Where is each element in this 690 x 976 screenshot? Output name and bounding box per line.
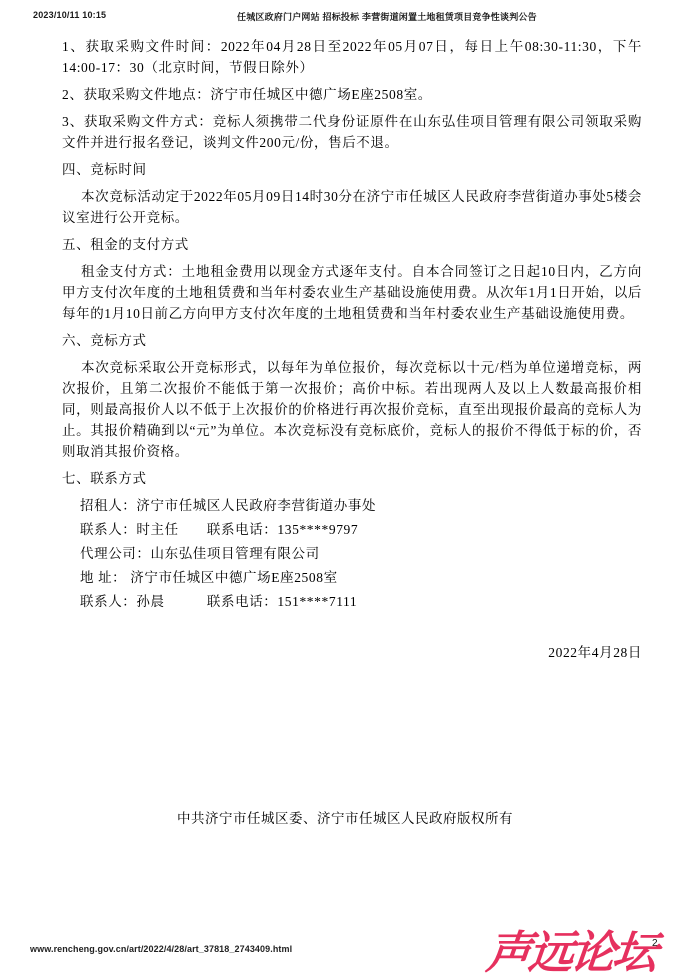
section-paragraph-4: 本次竞标活动定于2022年05月09日14时30分在济宁市任城区人民政府李营街道… (62, 186, 642, 228)
numbered-item-3: 3、获取采购文件方式：竞标人须携带二代身份证原件在山东弘佳项目管理有限公司领取采… (62, 111, 642, 153)
contact-line-person-2: 联系人：孙晨 联系电话：151****7111 (62, 591, 642, 612)
section-heading-6: 六、竞标方式 (62, 330, 642, 351)
numbered-item-1: 1、获取采购文件时间：2022年04月28日至2022年05月07日，每日上午0… (62, 36, 642, 78)
section-heading-5: 五、租金的支付方式 (62, 234, 642, 255)
issue-date: 2022年4月28日 (62, 642, 642, 663)
print-header-title: 任城区政府门户网站 招标投标 李营街道闲置土地租赁项目竞争性谈判公告 (237, 10, 642, 23)
contact-line-agency: 代理公司：山东弘佳项目管理有限公司 (62, 543, 642, 564)
section-heading-7: 七、联系方式 (62, 468, 642, 489)
page-url: www.rencheng.gov.cn/art/2022/4/28/art_37… (30, 944, 292, 954)
shengyuan-forum-logo: 声远论坛 (484, 916, 690, 976)
contact-line-address: 地 址： 济宁市任城区中德广场E座2508室 (62, 567, 642, 588)
section-paragraph-6: 本次竞标采取公开竞标形式，以每年为单位报价，每次竞标以十元/档为单位递增竞标，两… (62, 357, 642, 462)
section-paragraph-5: 租金支付方式：土地租金费用以现金方式逐年支付。自本合同签订之日起10日内，乙方向… (62, 261, 642, 324)
page-number: 2 (652, 938, 658, 949)
copyright-line: 中共济宁市任城区委、济宁市任城区人民政府版权所有 (0, 807, 690, 827)
print-timestamp: 2023/10/11 10:15 (33, 10, 106, 20)
contact-line-lessor: 招租人：济宁市任城区人民政府李营街道办事处 (62, 495, 642, 516)
section-heading-4: 四、竞标时间 (62, 159, 642, 180)
numbered-item-2: 2、获取采购文件地点：济宁市任城区中德广场E座2508室。 (62, 84, 642, 105)
document-body: 1、获取采购文件时间：2022年04月28日至2022年05月07日，每日上午0… (62, 36, 642, 669)
contact-line-person-1: 联系人：时主任 联系电话：135****9797 (62, 519, 642, 540)
printed-page: 2023/10/11 10:15 任城区政府门户网站 招标投标 李营街道闲置土地… (0, 0, 690, 976)
